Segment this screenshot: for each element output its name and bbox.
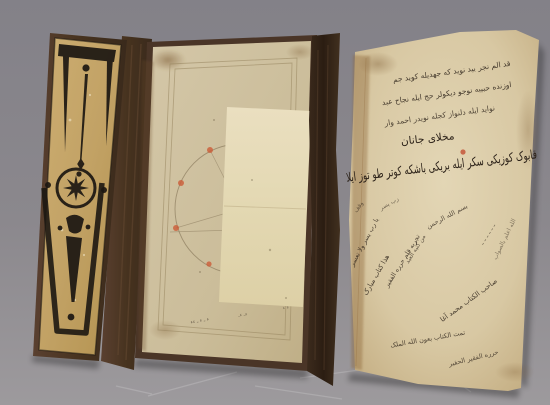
flap-upper-dot (82, 64, 89, 71)
pen-trial-mark: ء ء (282, 305, 289, 312)
stain-bottom-left (149, 320, 181, 340)
red-dot (178, 180, 184, 186)
eight-point-star-icon (63, 175, 89, 201)
spine-strip (307, 33, 340, 386)
red-dot (206, 261, 211, 266)
red-ink-mark (460, 149, 465, 154)
pastedown-board: ء ـ ء ـ ءءءـ ءـء ء (135, 35, 317, 371)
red-dot (207, 147, 213, 153)
stain-top-right (286, 44, 314, 60)
flap-needle-dot (76, 171, 81, 176)
red-dot (173, 225, 179, 231)
crown-left-dot (58, 226, 63, 231)
right-bottom-stain (495, 362, 535, 382)
right-page: قد الم نجر بید نوید که جهدیله کوید جماوز… (345, 30, 540, 391)
right-top-left-stain (358, 52, 398, 76)
crown-right-dot (86, 225, 91, 230)
stain-top-left (150, 49, 186, 71)
pendant-dot (68, 314, 75, 321)
pasted-paper-patch (219, 107, 311, 307)
medallion-left-dot (45, 182, 51, 188)
photo-canvas: ء ـ ء ـ ءءءـ ءـء ء قد الم نجر بید نوید ک… (0, 0, 550, 405)
